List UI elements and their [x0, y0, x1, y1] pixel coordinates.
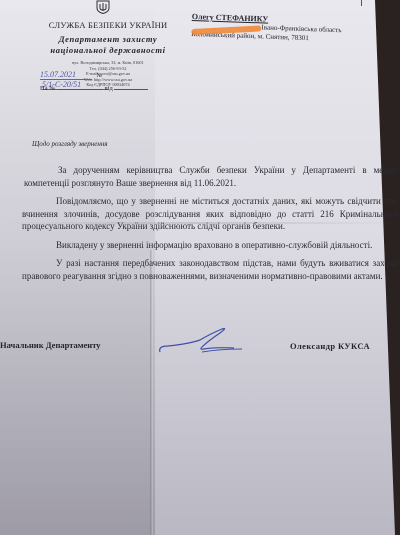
- reference-line: На № від: [40, 84, 170, 92]
- from-label: від: [105, 85, 113, 92]
- signatory-name: Олександр КУКСА: [290, 341, 370, 351]
- body-paragraph: Викладену у зверненні інформацію врахова…: [22, 239, 398, 252]
- body-paragraph: У разі настання передбачених законодавст…: [22, 257, 398, 282]
- document-photo: СЛУЖБА БЕЗПЕКИ УКРАЇНИ Департамент захис…: [0, 0, 400, 535]
- body-paragraph: За дорученням керівництва Служби безпеки…: [22, 164, 398, 189]
- organization-name: СЛУЖБА БЕЗПЕКИ УКРАЇНИ: [28, 20, 188, 30]
- letter-body: За дорученням керівництва Служби безпеки…: [22, 164, 398, 288]
- from-blank: [114, 84, 148, 90]
- body-paragraph: Повідомляємо, що у зверненні не міститьс…: [22, 195, 398, 233]
- department-name: Департамент захисту національної державн…: [28, 34, 188, 56]
- fold-line: [150, 250, 153, 535]
- signature-block: Начальник Департаменту Олександр КУКСА: [0, 340, 400, 370]
- registration-date: 15.07.2021: [40, 70, 92, 80]
- signatory-title: Начальник Департаменту: [0, 340, 101, 350]
- registration-number-label: №: [97, 73, 103, 79]
- handwritten-signature-icon: [158, 328, 258, 358]
- reply-to-blank: [57, 84, 103, 90]
- reply-to-label: На №: [40, 85, 55, 92]
- letter-subject: Щодо розгляду звернення: [32, 140, 108, 148]
- trident-emblem-icon: [94, 0, 112, 14]
- page-mark: [361, 0, 362, 6]
